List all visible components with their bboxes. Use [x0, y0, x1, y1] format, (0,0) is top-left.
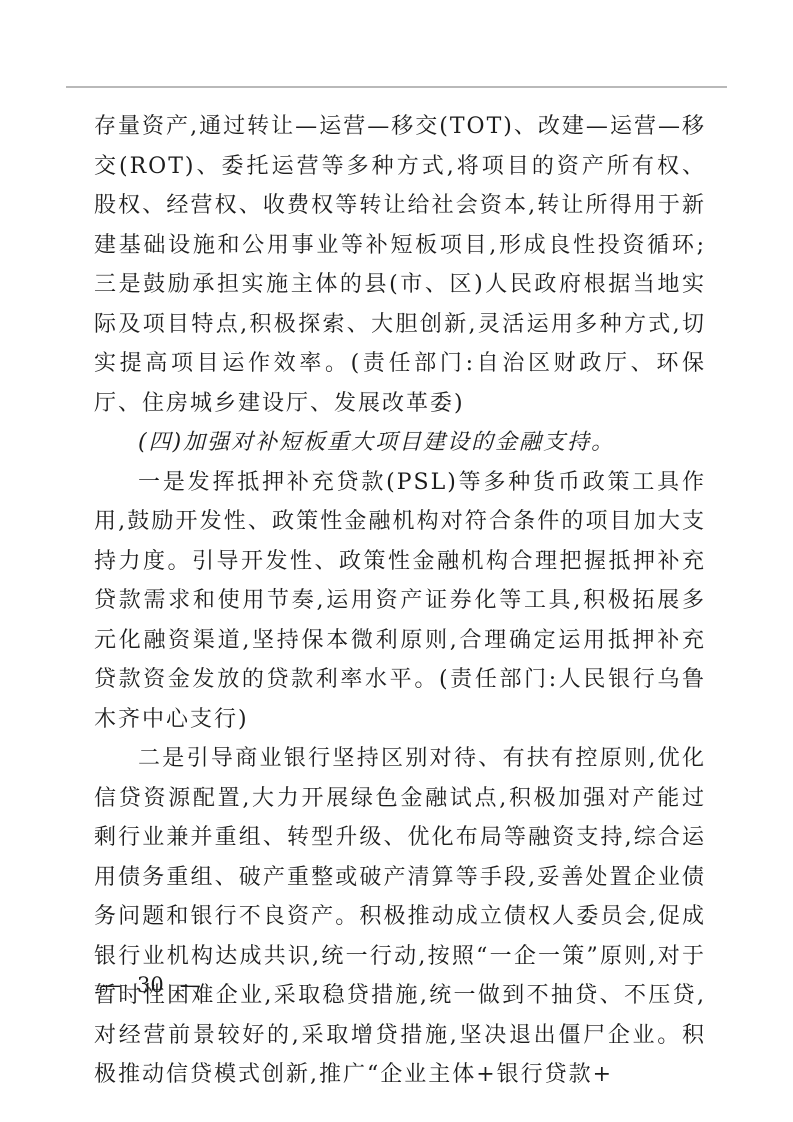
page-number: —30—	[100, 972, 201, 998]
document-page: 存量资产,通过转让—运营—移交(TOT)、改建—运营—移交(ROT)、委托运营等…	[0, 0, 793, 1122]
document-body: 存量资产,通过转让—运营—移交(TOT)、改建—运营—移交(ROT)、委托运营等…	[94, 107, 706, 1095]
paragraph-continuation: 存量资产,通过转让—运营—移交(TOT)、改建—运营—移交(ROT)、委托运营等…	[94, 107, 706, 423]
page-number-left-dash: —	[100, 972, 121, 998]
header-rule	[66, 86, 727, 88]
page-number-value: 30	[137, 972, 164, 998]
paragraph-commercial-banks: 二是引导商业银行坚持区别对待、有扶有控原则,优化信贷资源配置,大力开展绿色金融试…	[94, 739, 706, 1095]
paragraph-psl-policy: 一是发挥抵押补充贷款(PSL)等多种货币政策工具作用,鼓励开发性、政策性金融机构…	[94, 463, 706, 740]
section-heading: (四)加强对补短板重大项目建设的金融支持。	[94, 423, 706, 463]
page-number-right-dash: —	[180, 972, 201, 998]
